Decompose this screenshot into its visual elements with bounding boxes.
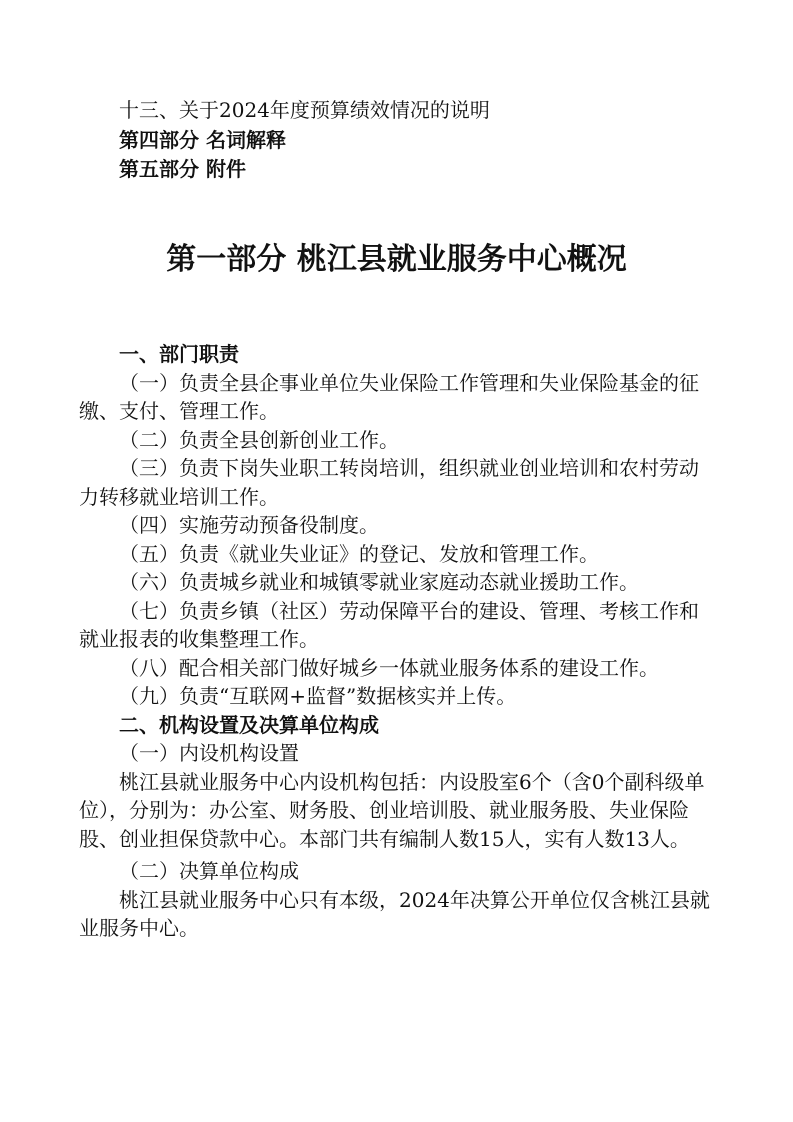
toc-part-5: 第五部分 附件 [119,155,711,183]
section-title: 第一部分 桃江县就业服务中心概况 [0,240,793,280]
duty-item-5: （五）负责《就业失业证》的登记、发放和管理工作。 [79,540,711,569]
section-1-block: 一、部门职责 （一）负责全县企事业单位失业保险工作管理和失业保险基金的征缴、支付… [119,340,711,943]
duty-item-1: （一）负责全县企事业单位失业保险工作管理和失业保险基金的征缴、支付、管理工作。 [79,369,711,426]
duty-item-6: （六）负责城乡就业和城镇零就业家庭动态就业援助工作。 [79,568,711,597]
section-1-heading: 一、部门职责 [119,340,711,369]
duty-item-3: （三）负责下岗失业职工转岗培训，组织就业创业培训和农村劳动力转移就业培训工作。 [79,454,711,511]
toc-part-4: 第四部分 名词解释 [119,126,711,154]
subsection-2-1-text: 桃江县就业服务中心内设机构包括：内设股室6个（含0个副科级单位），分别为：办公室… [79,768,711,854]
section-2-heading: 二、机构设置及决算单位构成 [119,711,711,740]
duty-item-2: （二）负责全县创新创业工作。 [79,426,711,455]
subsection-2-2-text: 桃江县就业服务中心只有本级，2024年决算公开单位仅含桃江县就业服务中心。 [79,886,711,943]
duty-item-4: （四）实施劳动预备役制度。 [79,511,711,540]
duty-item-8: （八）配合相关部门做好城乡一体就业服务体系的建设工作。 [79,654,711,683]
subsection-2-2-heading: （二）决算单位构成 [79,857,711,886]
duty-item-7: （七）负责乡镇（社区）劳动保障平台的建设、管理、考核工作和就业报表的收集整理工作… [79,597,711,654]
subsection-2-1-heading: （一）内设机构设置 [79,739,711,768]
toc-item-13: 十三、关于2024年度预算绩效情况的说明 [119,96,711,124]
document-page: 十三、关于2024年度预算绩效情况的说明 第四部分 名词解释 第五部分 附件 第… [0,0,793,1122]
duty-item-9: （九）负责“互联网+监督”数据核实并上传。 [79,682,711,711]
